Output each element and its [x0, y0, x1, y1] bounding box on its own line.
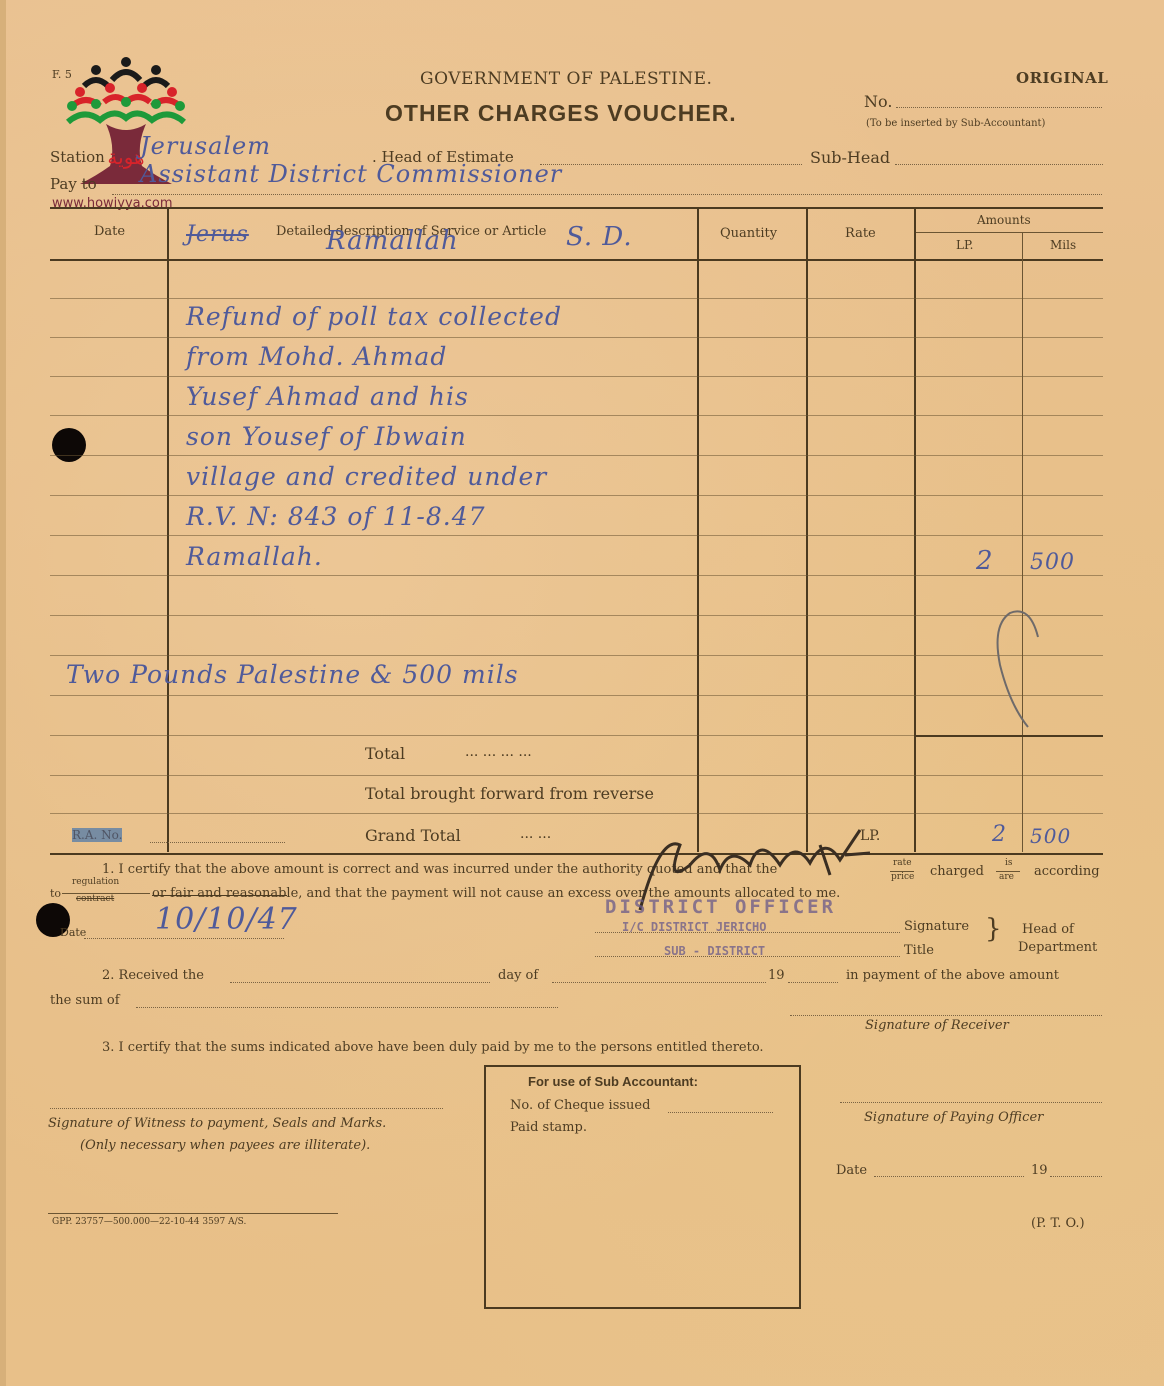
- sum-of-field[interactable]: [136, 1007, 558, 1008]
- row-rule: [50, 415, 1103, 416]
- footer-year-field[interactable]: [1050, 1176, 1102, 1177]
- column-rule-quantity: [806, 207, 808, 852]
- witness-signature-field[interactable]: [50, 1108, 443, 1109]
- description-line: Yusef Ahmad and his: [186, 382, 469, 411]
- grand-total-lp: 2: [992, 822, 1007, 847]
- are-option: are: [999, 872, 1014, 882]
- pto-label: (P. T. O.): [1031, 1216, 1085, 1231]
- column-rule-description: [697, 207, 699, 852]
- page-edge: [0, 0, 6, 1386]
- total-dots: ... ... ... ...: [465, 744, 532, 760]
- grand-total-dots: ... ...: [520, 826, 551, 842]
- column-header-quantity: Quantity: [720, 226, 777, 241]
- column-header-lp: LP.: [956, 238, 973, 252]
- print-code: GPP. 23757—500.000—22-10-44 3597 A/S.: [52, 1217, 246, 1227]
- signature-label: Signature: [904, 919, 969, 934]
- row-rule: [50, 455, 1103, 456]
- column-header-date: Date: [94, 224, 125, 239]
- to-text: to: [50, 887, 61, 900]
- header-handwriting-place: Ramallah: [326, 226, 459, 256]
- header-handwriting-suffix: S. D.: [566, 222, 633, 252]
- column-header-amounts: Amounts: [977, 213, 1031, 227]
- station-label: Station: [50, 148, 105, 166]
- cheque-number-field[interactable]: [668, 1112, 773, 1113]
- row-rule: [50, 376, 1103, 377]
- date-label: Date: [60, 926, 86, 939]
- sub-accountant-title: For use of Sub Accountant:: [528, 1074, 698, 1089]
- row-rule: [50, 775, 1103, 776]
- struck-station-text: Jerus: [186, 222, 249, 247]
- row-rule: [50, 813, 1103, 814]
- rate-option: rate: [893, 858, 912, 868]
- receiver-signature-field[interactable]: [790, 1015, 1102, 1016]
- is-option: is: [1005, 858, 1013, 868]
- row-rule: [50, 615, 1103, 616]
- total-label: Total: [365, 744, 405, 763]
- table-bottom-border: [50, 853, 1103, 855]
- certification-3: 3. I certify that the sums indicated abo…: [102, 1040, 764, 1055]
- amounts-subheader-line: [914, 232, 1103, 233]
- strikeout-fair-reasonable: [152, 895, 287, 896]
- grand-total-label: Grand Total: [365, 826, 461, 845]
- according-text: according: [1034, 864, 1100, 879]
- date-value[interactable]: 10/10/47: [155, 902, 298, 937]
- paid-stamp-label: Paid stamp.: [510, 1120, 587, 1135]
- page-title: OTHER CHARGES VOUCHER.: [385, 100, 737, 127]
- column-rule-lp: [1022, 232, 1023, 852]
- description-line: from Mohd. Ahmad: [186, 342, 447, 371]
- footer-date-field[interactable]: [874, 1176, 1024, 1177]
- description-line: R.V. N: 843 of 11-8.47: [186, 502, 486, 531]
- description-line: son Yousef of Ibwain: [186, 422, 467, 451]
- amount-in-words: Two Pounds Palestine & 500 mils: [66, 660, 519, 689]
- amount-total-rule: [914, 735, 1103, 737]
- row-rule: [50, 575, 1103, 576]
- description-line: village and credited under: [186, 462, 547, 491]
- paying-officer-signature-field[interactable]: [840, 1102, 1102, 1103]
- footer-date-label: Date: [836, 1163, 867, 1178]
- sum-of-label: the sum of: [50, 993, 120, 1008]
- print-code-rule: [48, 1213, 338, 1214]
- form-code: F. 5: [52, 68, 72, 81]
- brought-forward-label: Total brought forward from reverse: [365, 784, 654, 803]
- received-year-field[interactable]: [788, 982, 838, 983]
- brace-icon: }: [985, 914, 1002, 944]
- column-header-mils: Mils: [1050, 238, 1076, 252]
- receiver-signature-label: Signature of Receiver: [865, 1018, 1009, 1033]
- column-header-rate: Rate: [845, 226, 876, 241]
- row-rule: [50, 735, 914, 736]
- grand-total-mils: 500: [1030, 824, 1071, 848]
- copy-label: ORIGINAL: [1016, 69, 1108, 87]
- ref-no-label: R.A. No.: [72, 828, 122, 842]
- line-amount-lp: 2: [976, 546, 994, 576]
- punch-hole: [52, 428, 86, 462]
- line-amount-mils: 500: [1030, 550, 1075, 575]
- bracket-mark-icon: [980, 605, 1060, 735]
- payment-text: in payment of the above amount: [846, 968, 1059, 983]
- contract-option: contract: [76, 894, 114, 904]
- signature-field[interactable]: [595, 932, 900, 933]
- received-day-field[interactable]: [230, 982, 490, 983]
- head-of-label: Head of: [1022, 922, 1074, 937]
- pay-to-label: Pay to: [50, 175, 97, 193]
- row-rule: [50, 655, 1103, 656]
- received-month-field[interactable]: [552, 982, 766, 983]
- row-rule: [50, 695, 1103, 696]
- charged-text: charged: [930, 864, 984, 879]
- day-of-label: day of: [498, 968, 538, 983]
- year-prefix: 19: [768, 968, 785, 983]
- footer-year-prefix: 19: [1031, 1163, 1048, 1178]
- sub-head-field[interactable]: [895, 164, 1103, 165]
- row-rule: [50, 298, 1103, 299]
- column-rule-rate: [914, 207, 916, 852]
- paying-officer-label: Signature of Paying Officer: [864, 1110, 1043, 1125]
- number-field[interactable]: [896, 107, 1102, 108]
- station-value[interactable]: Jerusalem: [140, 132, 271, 160]
- witness-note: (Only necessary when payees are illitera…: [80, 1138, 370, 1153]
- row-rule: [50, 495, 1103, 496]
- price-option: price: [891, 872, 914, 882]
- number-note: (To be inserted by Sub-Accountant): [866, 118, 1045, 129]
- title-field[interactable]: [595, 956, 900, 957]
- description-line: Ramallah.: [186, 542, 323, 571]
- regulation-option: regulation: [72, 877, 119, 887]
- pay-to-value[interactable]: Assistant District Commissioner: [140, 160, 562, 188]
- sub-head-label: Sub-Head: [810, 148, 890, 167]
- witness-label: Signature of Witness to payment, Seals a…: [48, 1116, 386, 1131]
- cheque-label: No. of Cheque issued: [510, 1098, 650, 1113]
- title-label: Title: [904, 943, 934, 958]
- number-label: No.: [864, 92, 892, 111]
- svg-text:هوية: هوية: [107, 145, 144, 169]
- pay-to-field: [112, 194, 1102, 195]
- row-rule: [50, 535, 1103, 536]
- description-line: Refund of poll tax collected: [186, 302, 562, 331]
- certification-2-received: 2. Received the: [102, 968, 204, 983]
- government-heading: GOVERNMENT OF PALESTINE.: [420, 69, 712, 89]
- date-field[interactable]: [84, 938, 284, 939]
- table-header-border: [50, 259, 1103, 261]
- table-top-border: [50, 207, 1103, 209]
- row-rule: [50, 337, 1103, 338]
- stamp-line1: DISTRICT OFFICER: [605, 896, 836, 918]
- head-of-estimate-field[interactable]: [540, 164, 802, 165]
- column-rule-date: [167, 207, 169, 852]
- ref-no-field[interactable]: [150, 842, 285, 843]
- department-label: Department: [1018, 940, 1097, 955]
